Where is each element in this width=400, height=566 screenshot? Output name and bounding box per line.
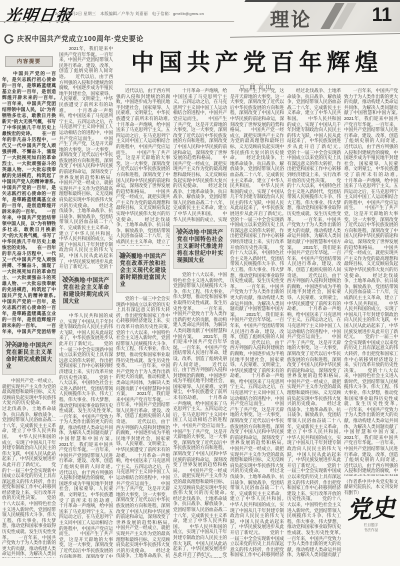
calligraphy-text: 党史 <box>346 493 395 524</box>
section-callout-2: 改天换地·中国共产党在社会主义革命和建设时期完成兴国大业 <box>59 273 113 310</box>
article-column-1: 内容提要 中国共产党的一百年，是矢志践行初心使命的一百年，是筚路蓝缕奠基立业的一… <box>2 44 56 558</box>
section-header: 理论 11 <box>242 0 400 34</box>
article-column-6: 经过北伐战争、土地革命战争、抗日战争、解放战争，党团结带领人民浴血奋战二十八年，… <box>287 44 341 558</box>
article-column-text: 中华人民共和国的成立，实现了中国从几千年封建专制政治向人民民主的伟大飞跃，中国人… <box>59 313 113 558</box>
column-spacer <box>287 44 341 88</box>
header-divider <box>0 21 258 22</box>
article-column-text: 党的十一届三中全会实现新中国成立以来党的历史上具有深远意义的伟大转折，作出把党和… <box>116 296 170 558</box>
column-spacer <box>2 44 56 56</box>
article-column-text: 中国产生了共产党，这是开天辟地的大事变。这一大事变，深刻改变了近代以后中华民族发… <box>230 88 284 558</box>
article-column-text: 党的十八大以来，中国特色社会主义进入新时代，党团结带领人民统揽伟大斗争、伟大工程… <box>173 272 227 558</box>
newspaper-page: 光明日报 2021年6月2日 星期三 本版编辑／户华为 刘嘉丽 电子信箱：gmr… <box>0 0 400 566</box>
summary-box-label: 内容提要 <box>5 56 53 67</box>
article-column-text: 中国共产党一经成立，就把实现共产主义作为党的最高理想和最终目标，义无反顾肩负起实… <box>2 378 56 558</box>
column-spacer <box>173 44 227 88</box>
section-divider <box>230 33 400 38</box>
column-spacer <box>116 44 170 88</box>
article-column-5: 中国产生了共产党，这是开天辟地的大事变。这一大事变，深刻改变了近代以后中华民族发… <box>230 44 284 558</box>
edition-info-line: 2021年6月2日 星期三 本版编辑／户华为 刘嘉丽 电子信箱：gmrllb@g… <box>55 11 265 17</box>
party-history-calligraphy: 党史 <box>343 496 398 522</box>
section-callout-4: 惊天动地·中国共产党在中国特色社会主义新时代推进并将在本世纪中叶实现强国大业 <box>173 225 227 269</box>
column-spacer <box>230 44 284 88</box>
article-column-2: 2021年，我们迎来中国共产党百年华诞。一百年来，中国共产党团结带领人民进行革命… <box>59 44 113 558</box>
article-column-4: 十月革命一声炮响，给中国送来了马克思列宁主义。五四运动之后，在马克思列宁主义同中… <box>173 44 227 558</box>
centenary-arc-icon <box>4 34 14 44</box>
section-callout-1: 开天辟地·中国共产党在新民主主义革命时期完成救国大业 <box>2 338 56 375</box>
article-column-text: 一百年来，中国共产党致力于为人类作出新的更大的贡献，推动构建人类命运共同体，为解… <box>344 88 398 476</box>
section-callout-3: 翻天覆地·中国共产党在改革开放和社会主义现代化建设新时期推进富国大业 <box>116 249 170 293</box>
article-column-7: 一百年来，中国共产党致力于为人类作出新的更大的贡献，推动构建人类命运共同体，为解… <box>344 44 398 558</box>
article-column-text: 十月革命一声炮响，给中国送来了马克思列宁主义。五四运动之后，在马克思列宁主义同中… <box>173 88 227 222</box>
calligraphy-caption: 栏目题字 书法作品 <box>344 523 398 532</box>
page-number: 11 <box>372 5 392 27</box>
article-column-3: 近代以后，由于西方列强的入侵和封建统治的腐败，中国逐步成为半殖民地半封建社会，国… <box>116 44 170 558</box>
caption-line: 书法作品 <box>344 528 398 533</box>
banner-text: 庆祝中国共产党成立100周年·党史要论 <box>17 34 144 44</box>
article-column-text: 近代以后，由于西方列强的入侵和封建统治的腐败，中国逐步成为半殖民地半封建社会，国… <box>116 88 170 246</box>
section-title: 理论 <box>270 5 312 32</box>
summary-text: 中国共产党的一百年，是矢志践行初心使命的一百年，是筚路蓝缕奠基立业的一百年，是创… <box>2 71 56 335</box>
centenary-banner: 庆祝中国共产党成立100周年·党史要论 <box>4 34 144 44</box>
article-column-text: 经过北伐战争、土地革命战争、抗日战争、解放战争，党团结带领人民浴血奋战二十八年，… <box>287 88 341 558</box>
column-spacer <box>344 44 398 88</box>
article-column-text: 2021年，我们迎来中国共产党百年华诞。一百年来，中国共产党团结带领人民进行革命… <box>59 46 113 270</box>
